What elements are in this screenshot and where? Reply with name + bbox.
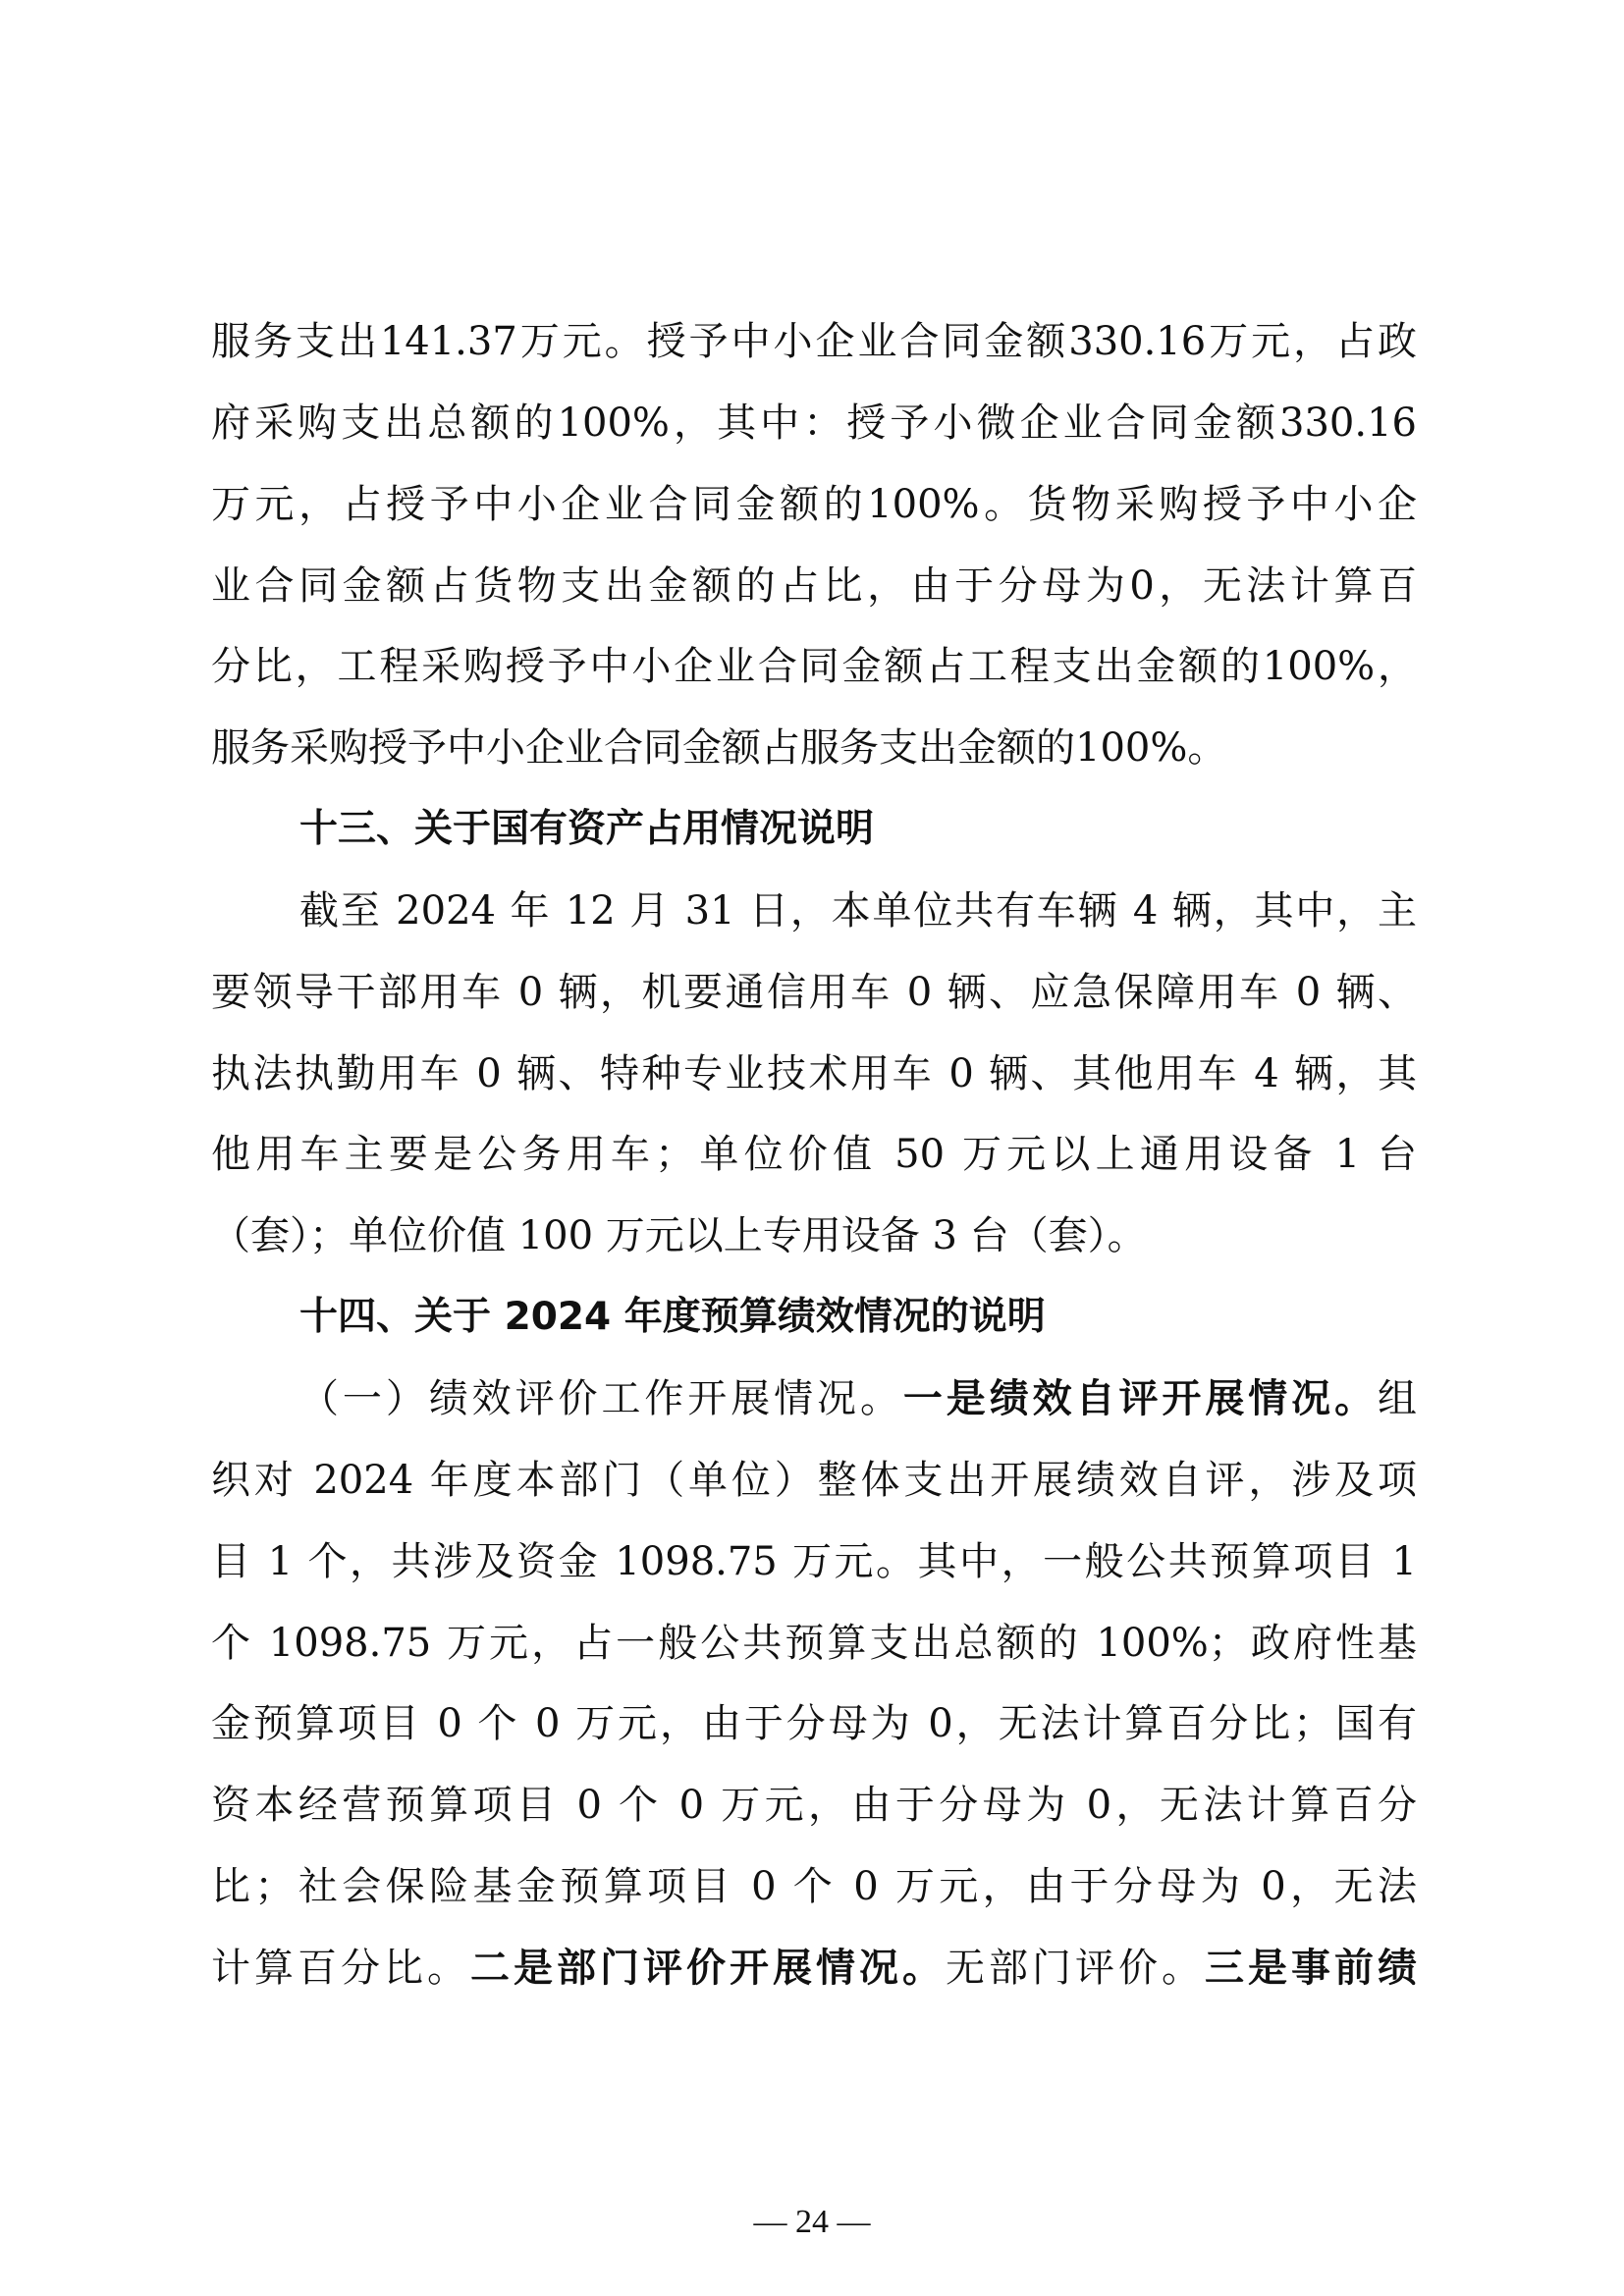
- text-line: 目 1 个，共涉及资金 1098.75 万元。其中，一般公共预算项目 1: [211, 1522, 1417, 1603]
- text-line: 分比，工程采购授予中小企业合同金额占工程支出金额的100%，: [211, 626, 1417, 708]
- text-line: 府采购支出总额的100%，其中：授予小微企业合同金额330.16: [211, 383, 1417, 464]
- text-line: 服务采购授予中小企业合同金额占服务支出金额的100%。: [211, 708, 1417, 789]
- text-line: 要领导干部用车 0 辆，机要通信用车 0 辆、应急保障用车 0 辆、: [211, 952, 1417, 1034]
- bold-lead-ex-ante: 三是事前绩: [1205, 1946, 1417, 1991]
- page-number: — 24 —: [0, 2199, 1624, 2246]
- text-line: 计算百分比。二是部门评价开展情况。无部门评价。三是事前绩: [211, 1928, 1417, 2009]
- bold-lead-self-evaluation: 一是绩效自评开展情况。: [903, 1376, 1378, 1421]
- text-line: （套）；单位价值 100 万元以上专用设备 3 台（套）。: [211, 1196, 1417, 1277]
- section-heading-13: 十三、关于国有资产占用情况说明: [211, 789, 1417, 871]
- text-run: 计算百分比。: [211, 1946, 470, 1991]
- subsection-label: （一）绩效评价工作开展情况。: [299, 1376, 903, 1421]
- text-line: 他用车主要是公务用车；单位价值 50 万元以上通用设备 1 台: [211, 1114, 1417, 1196]
- body-text: 服务支出141.37万元。授予中小企业合同金额330.16万元，占政 府采购支出…: [211, 301, 1417, 2009]
- text-run: 无部门评价。: [946, 1946, 1205, 1991]
- text-line: 万元，占授予中小企业合同金额的100%。货物采购授予中小企: [211, 464, 1417, 546]
- text-line: 个 1098.75 万元，占一般公共预算支出总额的 100%；政府性基: [211, 1603, 1417, 1684]
- document-page: 服务支出141.37万元。授予中小企业合同金额330.16万元，占政 府采购支出…: [0, 0, 1624, 2296]
- text-line: 织对 2024 年度本部门（单位）整体支出开展绩效自评，涉及项: [211, 1440, 1417, 1522]
- bold-lead-department-evaluation: 二是部门评价开展情况。: [470, 1946, 946, 1991]
- text-line: 截至 2024 年 12 月 31 日，本单位共有车辆 4 辆，其中，主: [211, 871, 1417, 952]
- text-run: 组: [1378, 1376, 1417, 1421]
- text-line: 执法执勤用车 0 辆、特种专业技术用车 0 辆、其他用车 4 辆，其: [211, 1034, 1417, 1115]
- text-line: （一）绩效评价工作开展情况。一是绩效自评开展情况。组: [211, 1359, 1417, 1440]
- text-line: 业合同金额占货物支出金额的占比，由于分母为0，无法计算百: [211, 546, 1417, 627]
- section-heading-14: 十四、关于 2024 年度预算绩效情况的说明: [211, 1277, 1417, 1359]
- text-line: 金预算项目 0 个 0 万元，由于分母为 0，无法计算百分比；国有: [211, 1683, 1417, 1765]
- text-line: 服务支出141.37万元。授予中小企业合同金额330.16万元，占政: [211, 301, 1417, 383]
- text-line: 比；社会保险基金预算项目 0 个 0 万元，由于分母为 0，无法: [211, 1846, 1417, 1928]
- text-line: 资本经营预算项目 0 个 0 万元，由于分母为 0，无法计算百分: [211, 1765, 1417, 1846]
